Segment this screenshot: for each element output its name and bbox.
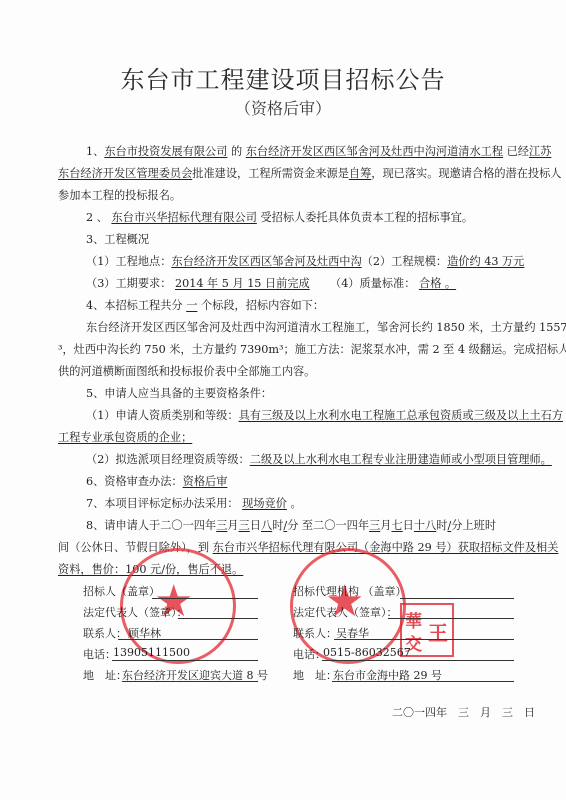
section-count: 一 xyxy=(186,299,197,312)
tenderer-label: 招标人（盖章） xyxy=(83,583,160,599)
project-name: 东台经济开发区西区邹舍河及灶西中沟河道清水工程 xyxy=(246,145,503,158)
right-contact-line xyxy=(334,639,514,640)
agent-name: 东台市兴华招标代理有限公司 xyxy=(111,211,256,224)
tenderer-line xyxy=(152,598,258,599)
page-subtitle: （资格后审） xyxy=(0,96,566,119)
page-title: 东台市工程建设项目招标公告 xyxy=(0,60,566,95)
section-8-line-2: 间（公休日、节假日除外），到 东台市兴华招标代理有限公司（金海中路 29 号）获… xyxy=(58,541,558,555)
section-2: 2 、 东台市兴华招标代理有限公司 受招标人委托具体负责本工程的招标事宜。 xyxy=(86,211,473,225)
section-1-line-1: 1、东台市投资发展有限公司 的 东台经济开发区西区邹舍河及灶西中沟河道清水工程 … xyxy=(86,145,551,159)
left-legal-rep-line xyxy=(178,618,258,619)
right-address-line xyxy=(332,681,514,682)
left-address-line xyxy=(122,681,258,682)
project-quality: 合格 。 xyxy=(419,277,456,290)
section-4-content-1: 东台经济开发区西区邹舍河及灶西中沟河道清水工程施工，邹舍河长约 1850 米，土… xyxy=(86,321,566,335)
section-4-content-3: 供的河道横断面图纸和投标报价表中全部施工内容。 xyxy=(58,365,315,379)
section-3-heading: 3、工程概况 xyxy=(86,233,149,247)
review-method: 资格后审 xyxy=(183,475,228,488)
left-contact-line xyxy=(118,639,258,640)
right-address-label: 地 址： xyxy=(293,667,337,683)
fund-source: 自筹 xyxy=(349,167,371,180)
section-1-line-3: 参加本工程的投标报名。 xyxy=(58,189,181,203)
section-3-period: （3）工期要求： 2014 年 5 月 15 日前完成 xyxy=(86,277,310,291)
pickup-location: 东台市兴华招标代理有限公司（金海中路 29 号）获取招标文件及相关 xyxy=(213,541,559,554)
approver-name: 东台经济开发区管理委员会 xyxy=(58,167,192,180)
section-4-content-2: ³，灶西中沟长约 750 米，土方量约 7390m³；施工方法：泥浆泵水冲，需 … xyxy=(58,343,566,357)
right-legal-rep-line xyxy=(388,618,514,619)
left-phone: 13905111500 xyxy=(113,646,190,659)
project-location: 东台经济开发区西区邹舍河及灶西中沟 xyxy=(171,255,361,268)
tenderer-name: 东台市投资发展有限公司 xyxy=(104,145,227,158)
section-7: 7、本项目评标定标办法采用： 现场竞价 。 xyxy=(86,497,302,511)
section-1-line-2: 东台经济开发区管理委员会批准建设，工程所需资金来源是自筹，现已落实。现邀请合格的… xyxy=(58,167,562,181)
section-5-heading: 5、申请人应当具备的主要资格条件： xyxy=(86,387,272,401)
section-4-heading: 4、本招标工程共分 一 个标段，招标内容如下： xyxy=(86,299,324,313)
right-contact-label: 联系人： xyxy=(293,625,337,641)
project-period: 2014 年 5 月 15 日前完成 xyxy=(175,277,310,290)
section-3-quality: （4）质量标准： 合格 。 xyxy=(330,277,456,291)
evaluation-method: 现场竞价 xyxy=(242,497,287,510)
left-phone-line xyxy=(112,660,258,661)
left-legal-rep-label: 法定代表人（签章）： xyxy=(83,604,188,620)
right-legal-rep-label: 法定代表人（签章）： xyxy=(293,604,398,620)
section-5-req-1-cont: 工程专业承包资质的企业； xyxy=(58,431,192,445)
section-5-req-2: （2）拟选派项目经理资质等级：二级及以上水利水电工程专业注册建造师或小型项目管理… xyxy=(86,453,552,467)
agent-label: 招标代理机构 （盖章） xyxy=(293,583,407,599)
right-phone-line xyxy=(322,660,514,661)
section-6: 6、资格审查办法：资格后审 xyxy=(86,475,227,489)
left-address-label: 地 址： xyxy=(83,667,127,683)
section-3-location-scale: （1）工程地点：东台经济开发区西区邹舍河及灶西中沟（2）工程规模：造价约 43 … xyxy=(86,255,524,269)
issue-date: 二〇一四年 三 月 三 日 xyxy=(392,704,535,720)
section-5-req-1: （1）申请人资质类别和等级：具有三级及以上水利水电工程施工总承包资质或三级及以上… xyxy=(86,409,563,423)
agent-line xyxy=(400,598,514,599)
section-8-line-1: 8、请申请人于二〇一四年三月三日八时/分 至二〇一四年三月七日十八时/分上班时 xyxy=(86,519,496,533)
right-phone: 0515-86032567 xyxy=(323,646,411,659)
project-scale: 造价约 43 万元 xyxy=(447,255,524,268)
